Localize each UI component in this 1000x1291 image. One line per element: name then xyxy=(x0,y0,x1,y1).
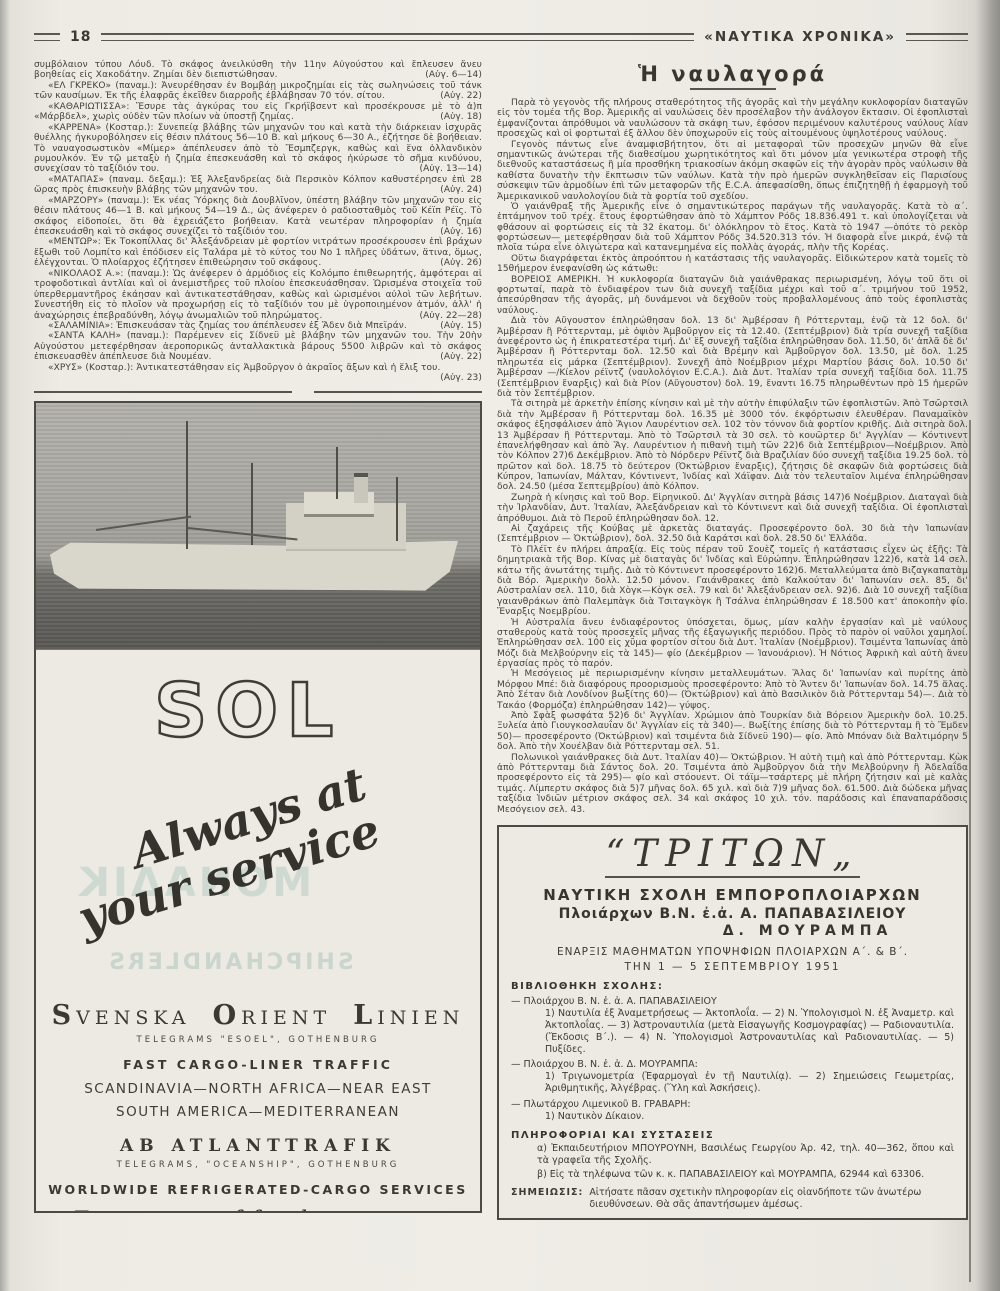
traffic-line: FAST CARGO-LINER TRAFFIC xyxy=(36,1057,480,1072)
telegrams-line: TELEGRAMS, "OCEANSHIP", GOTHENBURG xyxy=(36,1160,480,1170)
magazine-page: 18 «ΝΑΥΤΙΚΑ ΧΡΟΝΙΚΑ» συμβόλαιον τύπου Λό… xyxy=(0,0,1000,1291)
section-books: 1) Ναυτιλία ἐξ Ἀναμετρήσεως — Ἀκτοπλοΐα.… xyxy=(545,1008,954,1056)
news-date: (Αὐγ. 22—28) xyxy=(405,311,482,321)
library-sections: — Πλοιάρχου Β. Ν. ἐ. ἀ. Α. ΠΑΠΑΒΑΣΙΛΕΙΟΥ… xyxy=(511,996,954,1123)
school-name: ΝΑΥΤΙΚΗ ΣΧΟΛΗ ΕΜΠΟΡΟΠΛΟΙΑΡΧΩΝ xyxy=(511,886,954,904)
news-continuation: συμβόλαιον τύπου Λόυδ. Τὸ σκάφος ἀνειλκύ… xyxy=(34,60,482,81)
sol-logo: SOL xyxy=(154,668,341,754)
ship-funnel xyxy=(354,473,368,503)
note-text: Αἰτήσατε πᾶσαν σχετικὴν πληροφορίαν εἰς … xyxy=(589,1187,954,1211)
shipping-news-list: συμβόλαιον τύπου Λόυδ. Τὸ σκάφος ἀνειλκύ… xyxy=(34,60,482,384)
header-rule-right xyxy=(906,33,968,41)
library-section: — Πλοιάρχου Β. Ν. ἐ. ἀ. Α. ΠΑΠΑΒΑΣΙΛΕΙΟΥ… xyxy=(511,996,954,1056)
article-paragraph: Διὰ τὸν Αὔγουστον ἐπληρώθησαν δολ. 13 δι… xyxy=(497,316,968,399)
section-books: 1) Τριγωνομετρία (Ἐφαρμογαὶ ἐν τῇ Ναυτιλ… xyxy=(545,1071,954,1095)
article-paragraph: Ἡ Αὐστραλία ἄνευ ἐνδιαφέροντος ὑπόσχεται… xyxy=(497,618,968,670)
news-date: (Αὐγ. 26) xyxy=(426,258,482,268)
article-paragraph: Ὁ γαιάνθραξ τῆς Ἀμερικῆς εἶνε ὁ σημαντικ… xyxy=(497,202,968,254)
header-rule-left xyxy=(34,33,60,41)
news-item: «ΝΙΚΟΛΑΟΣ Α.»: (παναμ.): Ὡς ἀνέφερεν ὁ ἁ… xyxy=(34,269,482,321)
ship-mast xyxy=(396,477,398,541)
news-item: «ΜΑΤΑΠΑΣ» (παναμ. δεξαμ.): Ἐξ Ἀλεξανδρεί… xyxy=(34,175,482,196)
note-label: ΣΗΜΕΙΩΣΙΣ: xyxy=(511,1187,583,1211)
photo-grain xyxy=(36,403,480,649)
note-row: ΣΗΜΕΙΩΣΙΣ: Αἰτήσατε πᾶσαν σχετικὴν πληρο… xyxy=(511,1187,954,1211)
section-author: — Πλωτάρχου Λιμενικοῦ Β. ΓΡΑΒΑΡΗ: xyxy=(511,1099,954,1110)
news-item: «ΕΛ ΓΚΡΕΚΟ» (παναμ.): Ἀνευρέθησαν ἐν Βομ… xyxy=(34,81,482,102)
ship-mast xyxy=(251,463,253,545)
article-paragraph: Γεγονὸς πάντως εἶνε ἀναμφισβήτητον, ὅτι … xyxy=(497,140,968,202)
ship-mast xyxy=(336,447,338,499)
sol-slogan: Always at your service xyxy=(58,756,386,945)
article-paragraph: Τὰ σιτηρὰ μὲ ἀρκετὴν ἐπίσης κίνησιν καὶ … xyxy=(497,399,968,493)
right-column: Ἡ ναυλαγορά Παρὰ τὸ γεγονὸς τῆς πλήρους … xyxy=(497,60,968,1220)
article-paragraph: Τὸ Πλέϊτ ἐν πλήρει ἀπραξίᾳ. Εἰς τοὺς πέρ… xyxy=(497,545,968,618)
tagline-script: Transports of fresh grapes to London xyxy=(36,1207,480,1213)
news-item: «ΜΕΝΤΩΡ»: Ἐκ Τοκοπίλλας δι' Ἀλεξάνδρειαν… xyxy=(34,237,482,268)
info-items: α) Ἐκπαιδευτήριον ΜΠΟΥΡΟΥΝΗ, Βασιλέως Γε… xyxy=(511,1143,954,1181)
news-item: «ΚΑΘΑΡΙΩΤΙΣΣΑ»: Ἔσυρε τὰς ἀγκύρας του εἰ… xyxy=(34,102,482,123)
divider-segment xyxy=(34,391,292,393)
article-paragraph: Ζωηρὰ ἡ κίνησις καὶ τοῦ Βορ. Εἰρηνικοῦ. … xyxy=(497,493,968,524)
sol-advertisement: ΜΟΝΑΔΙΚ SHIPCHANDLERS SOL Always at your… xyxy=(34,401,482,1213)
right-column-rule xyxy=(969,420,971,1282)
article-paragraph: ΒΟΡΕΙΟΣ ΑΜΕΡΙΚΗ. Ἡ κυκλοφορία διαταγῶν δ… xyxy=(497,275,968,317)
title-underline xyxy=(690,88,776,90)
school-director-2: Δ. ΜΟΥΡΑΜΠΑ xyxy=(511,923,954,939)
article-paragraph: Παρὰ τὸ γεγονὸς τῆς πλήρους σταθερότητος… xyxy=(497,98,968,140)
section-divider xyxy=(34,391,482,393)
news-date: (Αὐγ. 22) xyxy=(426,91,482,101)
news-item: «ΣΑΛΑΜΙΝΙΑ»: Ἐπισκευάσαν τὰς ζημίας του … xyxy=(34,321,482,331)
triton-title: “ΤΡΙΤΩΝ„ xyxy=(511,835,954,878)
telegrams-line: TELEGRAMS "ESOEL", GOTHENBURG xyxy=(36,1035,480,1045)
cargo-ship-photo xyxy=(36,403,480,650)
course-start-line: ΕΝΑΡΞΙΣ ΜΑΘΗΜΑΤΩΝ ΥΠΟΨΗΦΙΩΝ ΠΛΟΙΑΡΧΩΝ Α΄… xyxy=(511,946,954,958)
freight-market-title: Ἡ ναυλαγορά xyxy=(497,62,968,86)
news-date: (Αὐγ. 13—14) xyxy=(405,164,482,174)
route-line: SOUTH AMERICA—MEDITERRANEAN xyxy=(36,1104,480,1120)
info-item: α) Ἐκπαιδευτήριον ΜΠΟΥΡΟΥΝΗ, Βασιλέως Γε… xyxy=(537,1143,954,1167)
news-date: (Αὐγ. 22) xyxy=(426,352,482,362)
library-section: — Πλωτάρχου Λιμενικοῦ Β. ΓΡΑΒΑΡΗ: 1) Ναυ… xyxy=(511,1099,954,1123)
left-column: συμβόλαιον τύπου Λόυδ. Τὸ σκάφος ἀνειλκύ… xyxy=(34,60,482,1220)
news-item: «ΜΑΡΖΟΡΥ» (παναμ.): Ἐκ νέας Ὑόρκης διὰ Δ… xyxy=(34,196,482,238)
section-author: — Πλοιάρχου Β. Ν. ἐ. ἀ. Δ. ΜΟΥΡΑΜΠΑ: xyxy=(511,1059,954,1070)
news-date: (Αὐγ. 24) xyxy=(426,185,482,195)
news-date: (Αὐγ. 23) xyxy=(426,373,482,383)
article-paragraph: Οὕτω διαγράφεται ἐκτὸς ἀπροόπτου ἡ κατάσ… xyxy=(497,254,968,275)
article-paragraph: Ἀπὸ Σφὰξ φωσφάτα 52)6 δι' Ἀγγλίαν. Χρώμι… xyxy=(497,711,968,753)
course-dates-line: ΤΗΝ 1 — 5 ΣΕΠΤΕΜΒΡΙΟΥ 1951 xyxy=(511,961,954,973)
article-paragraph: Αἱ ζαχάρεις τῆς Κούβας μὲ ἀρκετὰς διαταγ… xyxy=(497,524,968,545)
freight-market-article: Παρὰ τὸ γεγονὸς τῆς πλήρους σταθερότητος… xyxy=(497,98,968,815)
news-date: (Αὐγ. 18) xyxy=(426,112,482,122)
company-name: SVENSKA ORIENT LINIEN xyxy=(36,1000,480,1031)
school-director-1: Πλοιάρχων Β.Ν. ἐ.ἀ. Α. ΠΑΠΑΒΑΣΙΛΕΙΟΥ xyxy=(511,906,954,922)
library-section: — Πλοιάρχου Β. Ν. ἐ. ἀ. Δ. ΜΟΥΡΑΜΠΑ: 1) … xyxy=(511,1059,954,1095)
services-line: WORLDWIDE REFRIGERATED-CARGO SERVICES xyxy=(36,1182,480,1197)
page-number: 18 xyxy=(60,29,101,45)
news-item: «ΣΑΝΤΑ ΚΑΛΗ» (παναμ.): Παρέμενεν εἰς Σίδ… xyxy=(34,331,482,362)
triton-advertisement: “ΤΡΙΤΩΝ„ ΝΑΥΤΙΚΗ ΣΧΟΛΗ ΕΜΠΟΡΟΠΛΟΙΑΡΧΩΝ Π… xyxy=(497,825,968,1221)
section-author: — Πλοιάρχου Β. Ν. ἐ. ἀ. Α. ΠΑΠΑΒΑΣΙΛΕΙΟΥ xyxy=(511,996,954,1007)
show-through-text: SHIPCHANDLERS xyxy=(106,950,354,975)
news-items: «ΕΛ ΓΚΡΕΚΟ» (παναμ.): Ἀνευρέθησαν ἐν Βομ… xyxy=(34,81,482,384)
news-date: (Αὐγ. 16) xyxy=(426,227,482,237)
article-paragraph: Ἡ Μεσόγειος μὲ περιωρισμένην κίνησιν μετ… xyxy=(497,669,968,711)
news-item: «ΧΡΥΣ» (Κοσταρ.): Ἀντικατεστάθησαν εἰς Ἀ… xyxy=(34,363,482,384)
info-item: β) Εἰς τὰ τηλέφωνα τῶν κ. κ. ΠΑΠΑΒΑΣΙΛΕΙ… xyxy=(537,1169,954,1181)
article-paragraph: Πολωνικοὶ γαιάνθρακες διὰ Δυτ. Ἰταλίαν 4… xyxy=(497,753,968,815)
header-rule-middle xyxy=(101,33,694,41)
library-heading: ΒΙΒΛΙΟΘΗΚΗ ΣΧΟΛΗΣ: xyxy=(511,981,954,992)
section-books: 1) Ναυτικὸν Δίκαιον. xyxy=(545,1111,954,1123)
news-item: «ΚΑΡΡΕΝΑ» (Κοσταρ.): Συνεπείᾳ βλάβης τῶν… xyxy=(34,123,482,175)
page-header: 18 «ΝΑΥΤΙΚΑ ΧΡΟΝΙΚΑ» xyxy=(34,26,968,48)
company-name-2: AB ATLANTTRAFIK xyxy=(36,1136,480,1156)
route-line: SCANDINAVIA—NORTH AFRICA—NEAR EAST xyxy=(36,1081,480,1097)
news-date: (Αὐγ. 15) xyxy=(426,321,482,331)
masthead-title: «ΝΑΥΤΙΚΑ ΧΡΟΝΙΚΑ» xyxy=(694,29,906,45)
news-date: (Αὐγ. 6—14) xyxy=(425,70,482,80)
ship-mast xyxy=(186,421,188,549)
info-heading: ΠΛΗΡΟΦΟΡΙΑΙ ΚΑΙ ΣΥΣΤΑΣΕΙΣ xyxy=(511,1130,954,1141)
divider-segment xyxy=(314,391,482,393)
sol-company-block: SVENSKA ORIENT LINIEN TELEGRAMS "ESOEL",… xyxy=(36,1000,480,1213)
